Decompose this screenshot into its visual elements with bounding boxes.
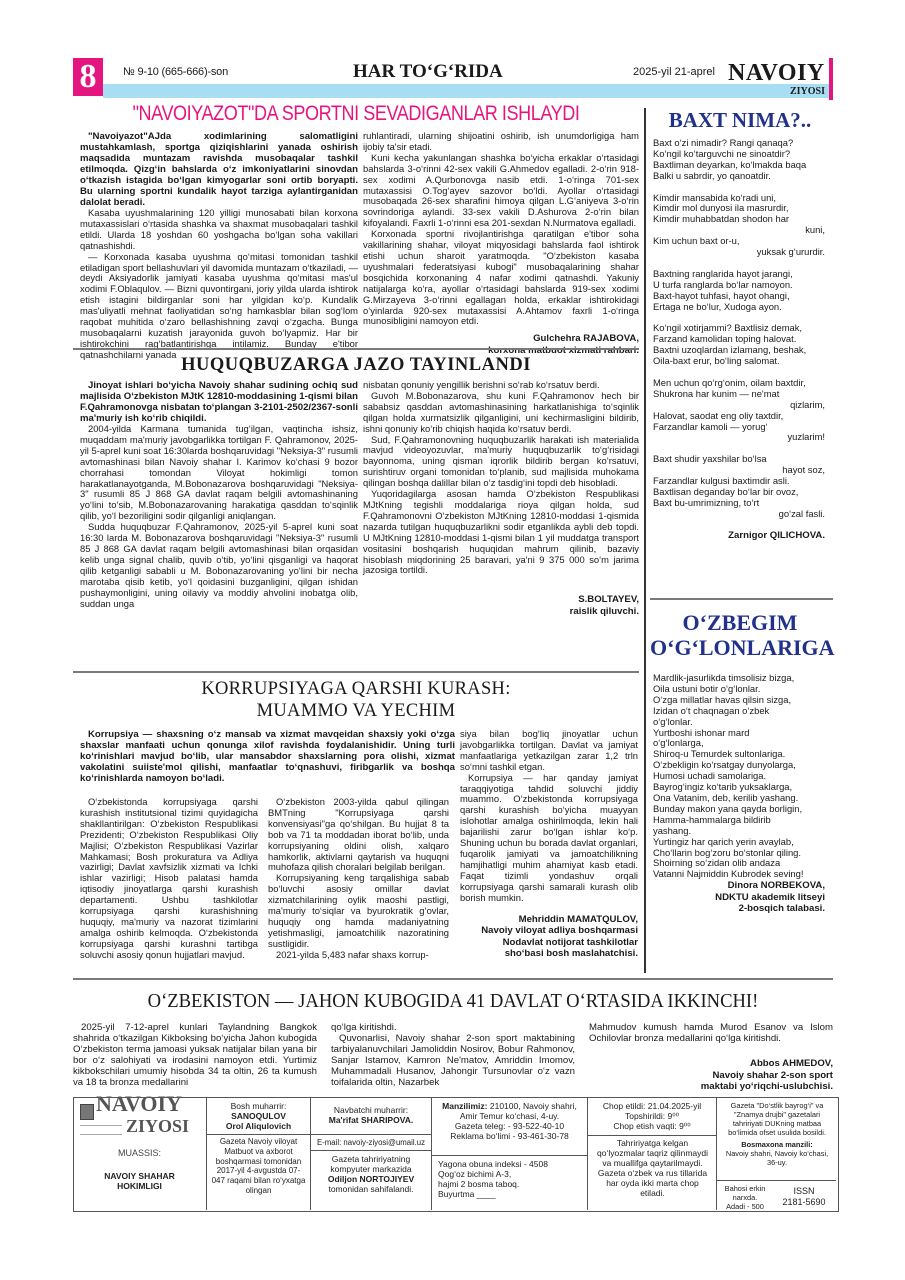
- layout-credit: Gazeta tahririyatning kompyuter markazid…: [315, 1154, 427, 1194]
- imprint-logo: NAVOIY: [96, 1099, 182, 1109]
- poem-line: Oila-baxt erur, bo‘ling salomat.: [653, 356, 825, 367]
- order-number: Buyurtma ____: [438, 1189, 583, 1199]
- poem-stanza: Baxt o‘zi nimadir? Rangi qanaqa?Ko‘ngil …: [653, 138, 825, 182]
- imprint-address: Manzilimiz: 210100, Navoiy shahri, Amir …: [432, 1098, 588, 1210]
- poem-line: yuzlarim!: [653, 432, 825, 443]
- address-block: Manzilimiz: 210100, Navoiy shahri, Amir …: [432, 1101, 587, 1121]
- address-label: Manzilimiz:: [442, 1101, 487, 1111]
- paragraph: — Korxonada kasaba uyushma qo‘mitasi tom…: [80, 252, 358, 361]
- author-signature: Abbos AHMEDOV, Navoiy shahar 2-son sport…: [589, 1058, 833, 1093]
- poem-body: Baxt o‘zi nimadir? Rangi qanaqa?Ko‘ngil …: [653, 138, 825, 520]
- newspaper-page: 8 № 9-10 (665-666)-son HAR TO‘G‘RIDA 202…: [73, 58, 833, 100]
- column-divider: [644, 108, 646, 973]
- paragraph: Korrupsiyaning keng tarqalishiga sabab b…: [268, 873, 449, 949]
- author-name: S.BOLTAYEV,: [363, 594, 639, 606]
- title-line: KORRUPSIYAGA QARSHI KURASH:: [73, 678, 639, 700]
- print-volume: hajmi 2 bosma taboq.: [438, 1179, 583, 1189]
- cell-divider: [311, 1150, 431, 1151]
- author-name: Mehriddin MAMATQULOV,: [460, 914, 638, 926]
- issn-block: ISSN 2181-5690: [773, 1186, 835, 1208]
- duty-editor-label: Navbatchi muharrir:: [311, 1105, 431, 1115]
- poem-stanza: Baxtning ranglarida hayot jarangi,U turf…: [653, 269, 825, 313]
- poem-title: O‘ZBEGIM O‘G‘LONLARIGA: [650, 610, 830, 660]
- title-line: MUAMMO VA YECHIM: [73, 700, 639, 722]
- cell-divider: [432, 1155, 587, 1156]
- poem-author: Dinora NORBEKOVA, NDKTU akademik litseyi…: [653, 880, 825, 915]
- poem-line: Baxt-hayot tuhfasi, hayot ohangi,: [653, 291, 825, 302]
- divider: [73, 671, 639, 673]
- page-number: 8: [73, 58, 103, 96]
- founder-name: NAVOIY SHAHAR HOKIMLIGI: [89, 1171, 190, 1191]
- paragraph: qo‘lga kiritishdi.: [331, 1022, 575, 1033]
- subscription-index: Yagona obuna indeksi - 4508: [438, 1159, 583, 1169]
- imprint-founder: NAVOIY ZIYOSI MUASSIS: NAVOIY SHAHAR HOK…: [74, 1098, 207, 1210]
- author-role: NDKTU akademik litseyi: [653, 892, 825, 904]
- imprint-logo-sub: ZIYOSI: [126, 1121, 189, 1131]
- registration-info: Gazeta Navoiy viloyat Matbuot va axborot…: [211, 1137, 306, 1196]
- poem-line: go‘zal fasli.: [653, 509, 825, 520]
- poem-line: yuksak g‘ururdir.: [653, 247, 825, 258]
- paragraph: Quvonarlisi, Navoiy shahar 2-son sport m…: [331, 1033, 575, 1088]
- imprint-print: Chop etildi: 21.04.2025-yil Topshirildi:…: [588, 1098, 717, 1210]
- author-signature: Mehriddin MAMATQULOV, Navoiy viloyat adl…: [460, 914, 638, 960]
- author-role: 2-bosqich talabasi.: [653, 903, 825, 915]
- article-lead: "Navoiyazot"AJda xodimlarining salomatli…: [80, 131, 358, 208]
- poem-title-line: O‘ZBEGIM: [650, 610, 830, 635]
- editor-label: Bosh muharrir:: [207, 1101, 310, 1111]
- author-role: raislik qiluvchi.: [363, 606, 639, 618]
- cell-divider: [717, 1180, 836, 1181]
- layout-text: Gazeta tahririyatning kompyuter markazid…: [315, 1154, 427, 1174]
- poem-stanza: Men uchun qo‘rg‘onim, oilam baxtdir,Shuk…: [653, 378, 825, 443]
- article-lead: Korrupsiya — shaxsning o‘z mansab va xiz…: [80, 729, 455, 784]
- imprint-box: NAVOIY ZIYOSI MUASSIS: NAVOIY SHAHAR HOK…: [73, 1097, 839, 1212]
- section-title: HAR TO‘G‘RIDA: [353, 61, 503, 83]
- submitted-time: Topshirildi: 9⁰⁰: [588, 1111, 716, 1121]
- masthead: 8 № 9-10 (665-666)-son HAR TO‘G‘RIDA 202…: [73, 58, 833, 100]
- paragraph: Kasaba uyushmalarining 120 yilligi munos…: [80, 208, 358, 252]
- newspaper-logo: NAVOIY: [728, 60, 825, 87]
- poem-title-line: O‘G‘LONLARIGA: [650, 635, 830, 660]
- poem-stanza: Ko‘ngil xotirjammi? Baxtlisiz demak,Farz…: [653, 323, 825, 367]
- cell-divider: [311, 1134, 431, 1135]
- article-column: ruhlantiradi, ularning shijoatini oshiri…: [363, 131, 639, 356]
- logo-accent-bar: [829, 58, 833, 100]
- paragraph: 2021-yilda 5,483 nafar shaxs korrup-: [268, 950, 449, 961]
- city-emblem-icon: [80, 1104, 94, 1120]
- divider: [650, 598, 833, 600]
- poem-stanza: Bayrog‘ingiz ko‘tarib yuksaklarga,Ona Va…: [653, 782, 825, 837]
- article-column: siya bilan bog‘liq jinoyatlar uchun javo…: [460, 729, 638, 960]
- poem-line: Vatanni Najmiddin Kubrodek seving!: [653, 869, 825, 880]
- article-lead: Jinoyat ishlari bo‘yicha Navoiy shahar s…: [80, 380, 358, 424]
- printer-address: Navoiy shahri, Navoiy ko‘chasi, 36-uy.: [717, 1149, 837, 1167]
- poem-stanza: Kimdir mansabida ko‘radi uni,Kimdir mol …: [653, 193, 825, 258]
- poem-stanza: Yurtingiz har qarich yerin avaylab,Cho‘l…: [653, 837, 825, 881]
- divider: [73, 348, 639, 350]
- subscription-block: Yagona obuna indeksi - 4508 Qog‘oz bichi…: [438, 1159, 583, 1199]
- author-signature: S.BOLTAYEV, raislik qiluvchi.: [363, 594, 639, 617]
- article-title: O‘ZBEKISTON — JAHON KUBOGIDA 41 DAVLAT O…: [100, 990, 807, 1013]
- author-name: Gulchehra RAJABOVA,: [363, 333, 639, 345]
- article-column: Jinoyat ishlari bo‘yicha Navoiy shahar s…: [80, 380, 358, 609]
- divider: [73, 978, 833, 980]
- poem-title: BAXT NIMA?..: [650, 108, 830, 133]
- cell-divider: [207, 1134, 310, 1135]
- poem: Mardlik-jasurlikda timsolisiz bizga,Oila…: [653, 673, 825, 915]
- poem-stanza: Yurtboshi ishonar mardo‘g‘lonlarga,Shiro…: [653, 728, 825, 783]
- paragraph: Kuni kecha yakunlangan shashka bo‘yicha …: [363, 153, 639, 229]
- imprint-editor: Bosh muharrir: SANOQULOV Orol Aliqulovic…: [207, 1098, 311, 1210]
- paragraph: 2025-yil 7-12-aprel kunlari Taylandning …: [73, 1022, 317, 1088]
- article-column: O‘zbekiston 2003-yilda qabul qilingan BM…: [268, 797, 449, 961]
- poem-line: o‘g‘lonlar.: [653, 717, 825, 728]
- duty-editor-name: Ma'rifat SHARIPOVA.: [311, 1115, 431, 1125]
- poem-line: Halovat, saodat eng oliy taxtdir,: [653, 411, 825, 422]
- article-title: KORRUPSIYAGA QARSHI KURASH: MUAMMO VA YE…: [73, 678, 639, 722]
- price-info: Bahosi erkin narxda.: [720, 1184, 770, 1202]
- cell-divider: [588, 1135, 716, 1136]
- ads-phone: Reklama bo‘limi - 93-461-30-78: [432, 1131, 587, 1141]
- price-block: Bahosi erkin narxda. Adadi - 500: [720, 1184, 770, 1211]
- layout-name: Odiljon NORTOJIYEV: [315, 1174, 427, 1184]
- poem-stanza: Baxt shudir yaxshilar bo‘lsahayot soz,Fa…: [653, 454, 825, 519]
- editor-name: Orol Aliqulovich: [207, 1121, 310, 1131]
- imprint-printer: Gazeta "Do‘stlik bayrog‘i" va "Znamya dr…: [717, 1098, 837, 1210]
- paragraph: ruhlantiradi, ularning shijoatini oshiri…: [363, 131, 639, 153]
- paragraph: O‘zbekiston 2003-yilda qabul qilingan BM…: [268, 797, 449, 873]
- paragraph: Korxonada sportni rivojlantirishga qarat…: [363, 229, 639, 327]
- poem-line: yashang.: [653, 826, 825, 837]
- printer-address-label: Bosmaxona manzili:: [717, 1140, 837, 1149]
- paragraph: Mahmudov kumush hamda Murod Esanov va Is…: [589, 1022, 833, 1044]
- poem-line: Izidan o‘t chaqnagan o‘zbek: [653, 706, 825, 717]
- logo-tagline-lines: [80, 1125, 122, 1135]
- paragraph: Korrupsiya — har qanday jamiyat taraqqiy…: [460, 773, 638, 904]
- printer-info: Gazeta "Do‘stlik bayrog‘i" va "Znamya dr…: [717, 1101, 837, 1137]
- issn-number: 2181-5690: [773, 1197, 835, 1208]
- article-column: nisbatan qonuniy yengillik berishni so‘r…: [363, 380, 639, 617]
- article-column: O‘zbekistonda korrupsiyaga qarshi kurash…: [80, 797, 258, 961]
- newspaper-logo-sub: ZIYOSI: [790, 86, 825, 97]
- issue-number: № 9-10 (665-666)-son: [123, 66, 228, 78]
- paragraph: Guvoh M.Bobonazarova, shu kuni F.Qahramo…: [363, 391, 639, 435]
- poem: Baxt o‘zi nimadir? Rangi qanaqa?Ko‘ngil …: [653, 138, 825, 541]
- editorial-policy: Tahririyatga kelgan qo‘lyozmalar taqriz …: [594, 1138, 711, 1198]
- issue-date: 2025-yil 21-aprel: [633, 66, 715, 78]
- poem-line: Balki u sabrdir, yo qanoatdir.: [653, 171, 825, 182]
- phone-number: Gazeta teleg: - 93-522-40-10: [432, 1121, 587, 1131]
- paragraph: siya bilan bog‘liq jinoyatlar uchun javo…: [460, 729, 638, 773]
- author-role: Navoiy shahar 2-son sport: [589, 1070, 833, 1082]
- author-role: maktabi yo‘riqchi-uslubchisi.: [589, 1081, 833, 1093]
- poem-line: Kimdir muhabbatdan shodon har: [653, 214, 825, 225]
- article-column: "Navoiyazot"AJda xodimlarining salomatli…: [80, 131, 358, 361]
- paragraph: Yuqoridagilarga asosan hamda O‘zbekiston…: [363, 489, 639, 576]
- header-strip: [103, 84, 829, 98]
- author-name: Abbos AHMEDOV,: [589, 1058, 833, 1070]
- author-name: Dinora NORBEKOVA,: [653, 880, 825, 892]
- article-column: Mahmudov kumush hamda Murod Esanov va Is…: [589, 1022, 833, 1093]
- paragraph: O‘zbekistonda korrupsiyaga qarshi kurash…: [80, 797, 258, 961]
- issn-label: ISSN: [773, 1186, 835, 1197]
- imprint-duty: Navbatchi muharrir: Ma'rifat SHARIPOVA. …: [311, 1098, 432, 1210]
- printed-date: Chop etildi: 21.04.2025-yil: [588, 1101, 716, 1111]
- poem-line: Yurtingiz har qarich yerin avaylab,: [653, 837, 825, 848]
- article-column: qo‘lga kiritishdi. Quvonarlisi, Navoiy s…: [331, 1022, 575, 1088]
- paragraph: Sud, F.Qahramonovning huquqbuzarlik hara…: [363, 435, 639, 490]
- print-time: Chop etish vaqti: 9⁰⁰: [588, 1121, 716, 1131]
- poem-body: Mardlik-jasurlikda timsolisiz bizga,Oila…: [653, 673, 825, 880]
- founder-label: MUASSIS:: [74, 1148, 205, 1158]
- author-role: Navoiy viloyat adliya boshqarmasi Nodavl…: [460, 925, 638, 960]
- paper-format: Qog‘oz bichimi A-3,: [438, 1169, 583, 1179]
- poem-line: qizlarim,: [653, 400, 825, 411]
- article-title: HUQUQBUZARGA JAZO TAYINLANDI: [73, 355, 639, 376]
- poem-author: Zarnigor QILICHOVA.: [653, 531, 825, 542]
- paragraph: 2004-yilda Karmana tumanida tug‘ilgan, v…: [80, 424, 358, 522]
- poem-stanza: Mardlik-jasurlikda timsolisiz bizga,Oila…: [653, 673, 825, 728]
- poem-line: Ertaga ne bo‘lur, Xudoga ayon.: [653, 302, 825, 313]
- circulation: Adadi - 500: [720, 1202, 770, 1211]
- layout-text: tomonidan sahifalandi.: [315, 1184, 427, 1194]
- author-signature: Gulchehra RAJABOVA, korxona matbuot xizm…: [363, 333, 639, 356]
- editor-surname: SANOQULOV: [207, 1111, 310, 1121]
- email-link[interactable]: E-mail: navoiy-ziyosi@umail.uz: [311, 1138, 431, 1148]
- article-title: "NAVOIYAZOT"DA SPORTNI SEVADIGANLAR ISHL…: [113, 102, 600, 126]
- article-column: 2025-yil 7-12-aprel kunlari Taylandning …: [73, 1022, 317, 1088]
- paragraph: Sudda huquqbuzar F.Qahramonov, 2025-yil …: [80, 522, 358, 609]
